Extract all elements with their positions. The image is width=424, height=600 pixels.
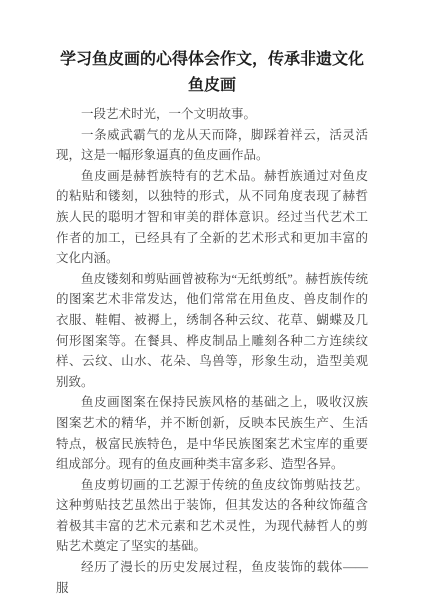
paragraph: 鱼皮画是赫哲族特有的艺术品。赫哲族通过对鱼皮的粘贴和镂刻，以独特的形式，从不同角… xyxy=(56,166,368,269)
paragraph: 鱼皮镂刻和剪贴画曾被称为“无纸剪纸”。赫哲族传统的图案艺术非常发达，他们常常在用… xyxy=(56,269,368,393)
article-title: 学习鱼皮画的心得体会作文，传承非遗文化鱼皮画 xyxy=(56,0,368,99)
paragraph: 鱼皮剪切画的工艺源于传统的鱼皮纹饰剪贴技艺。这种剪贴技艺虽然出于装饰，但其发达的… xyxy=(56,475,368,557)
paragraph: 经历了漫长的历史发展过程，鱼皮装饰的载体——服 xyxy=(56,557,368,598)
article-body: 一段艺术时光，一个文明故事。 一条威武霸气的龙从天而降，脚踩着祥云，活灵活现，这… xyxy=(56,104,368,598)
paragraph: 一条威武霸气的龙从天而降，脚踩着祥云，活灵活现，这是一幅形象逼真的鱼皮画作品。 xyxy=(56,125,368,166)
paragraph: 一段艺术时光，一个文明故事。 xyxy=(56,104,368,125)
article-content: 学习鱼皮画的心得体会作文，传承非遗文化鱼皮画 一段艺术时光，一个文明故事。 一条… xyxy=(56,0,368,598)
paragraph: 鱼皮画图案在保持民族风格的基础之上，吸收汉族图案艺术的精华，并不断创新，反映本民… xyxy=(56,392,368,474)
document-page: 学习鱼皮画的心得体会作文，传承非遗文化鱼皮画 一段艺术时光，一个文明故事。 一条… xyxy=(0,0,424,600)
